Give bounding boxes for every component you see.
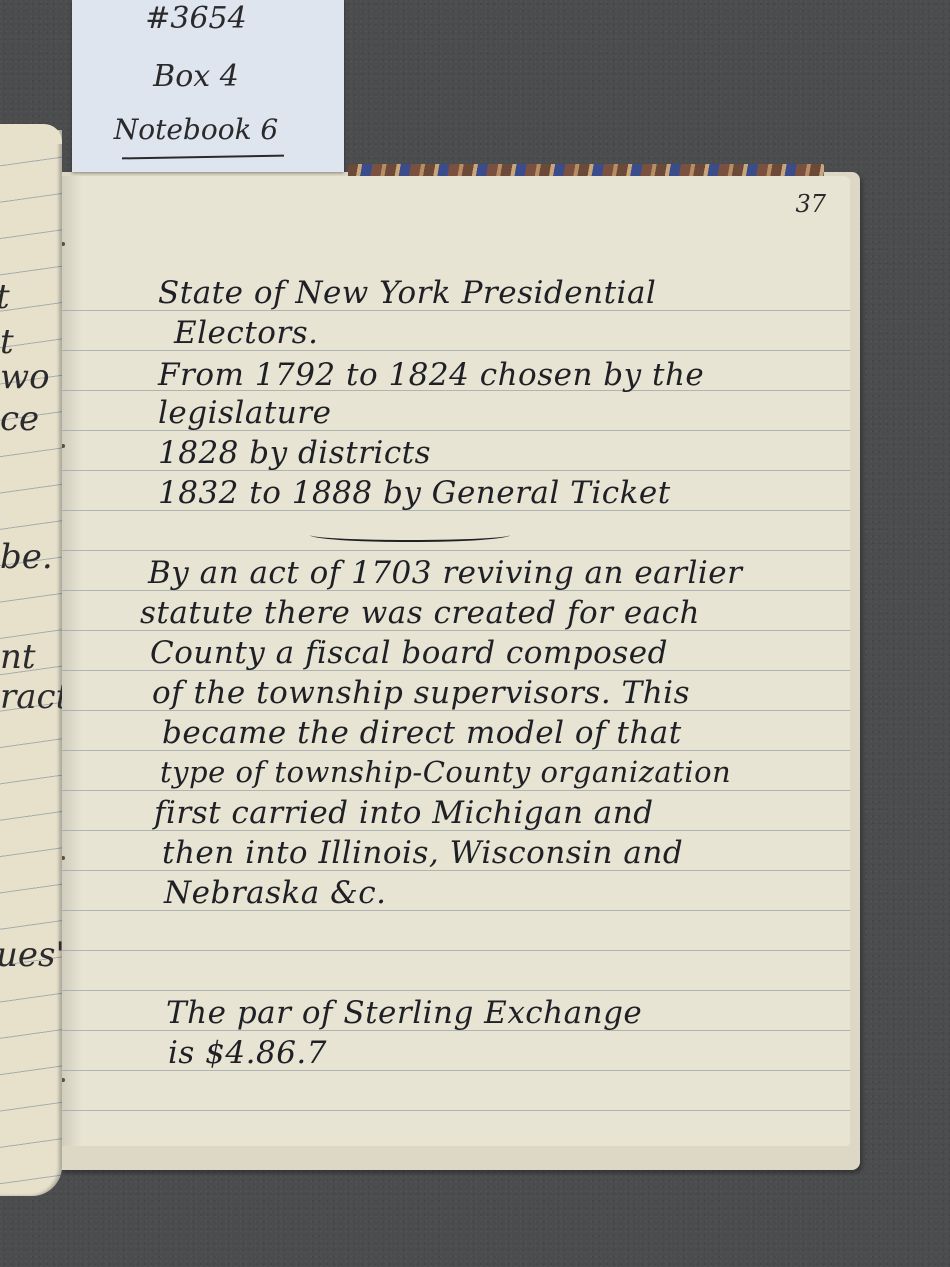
binding-hole xyxy=(62,444,65,448)
left-text-fragment: t xyxy=(0,280,10,314)
text-line: then into Illinois, Wisconsin and xyxy=(162,838,683,869)
left-text-fragment: ract xyxy=(0,680,69,714)
text-line: statute there was created for each xyxy=(140,598,700,629)
page-number: 37 xyxy=(795,190,826,218)
text-line: legislature xyxy=(158,398,331,429)
text-line: By an act of 1703 reviving an earlier xyxy=(148,558,742,589)
text-line: first carried into Michigan and xyxy=(154,798,654,829)
ruled-line xyxy=(62,1110,850,1111)
text-line: of the township supervisors. This xyxy=(152,678,690,709)
left-text-fragment: wo xyxy=(0,360,50,394)
archive-notebook: Notebook 6 xyxy=(60,116,332,144)
ruled-line xyxy=(62,990,850,991)
left-text-fragment: ce xyxy=(0,402,39,436)
text-line: County a fiscal board composed xyxy=(150,638,668,669)
archive-box: Box 4 xyxy=(60,62,332,92)
left-text-fragment: nt xyxy=(0,640,36,674)
text-line: Nebraska &c. xyxy=(164,878,386,909)
ruled-line xyxy=(62,950,850,951)
left-text-fragment: ues" xyxy=(0,938,71,972)
archive-item-number: #3654 xyxy=(60,4,332,34)
left-page: t t wo ce be. nt ract ues" xyxy=(0,130,62,1196)
archive-label: #3654 Box 4 Notebook 6 xyxy=(72,0,344,172)
ruled-line xyxy=(62,790,850,791)
text-line: type of township-County organization xyxy=(160,758,731,787)
text-line: became the direct model of that xyxy=(162,718,682,749)
text-line: is $4.86.7 xyxy=(168,1038,327,1069)
label-underline xyxy=(122,155,284,160)
text-line: The par of Sterling Exchange xyxy=(166,998,642,1029)
ruled-line xyxy=(62,550,850,551)
right-page: 37 State of New York Presidential Electo… xyxy=(62,176,850,1146)
binding-hole xyxy=(62,242,65,246)
text-line: From 1792 to 1824 chosen by the xyxy=(158,360,704,391)
binding-hole xyxy=(62,856,65,860)
underline-brace xyxy=(310,528,510,542)
left-text-fragment: t xyxy=(0,325,14,359)
text-line: 1832 to 1888 by General Ticket xyxy=(158,478,671,509)
text-line: 1828 by districts xyxy=(158,438,431,469)
left-text-fragment: be. xyxy=(0,540,53,574)
binding-hole xyxy=(62,1078,65,1082)
heading-line: State of New York Presidential xyxy=(158,278,656,309)
heading-line: Electors. xyxy=(174,318,318,349)
